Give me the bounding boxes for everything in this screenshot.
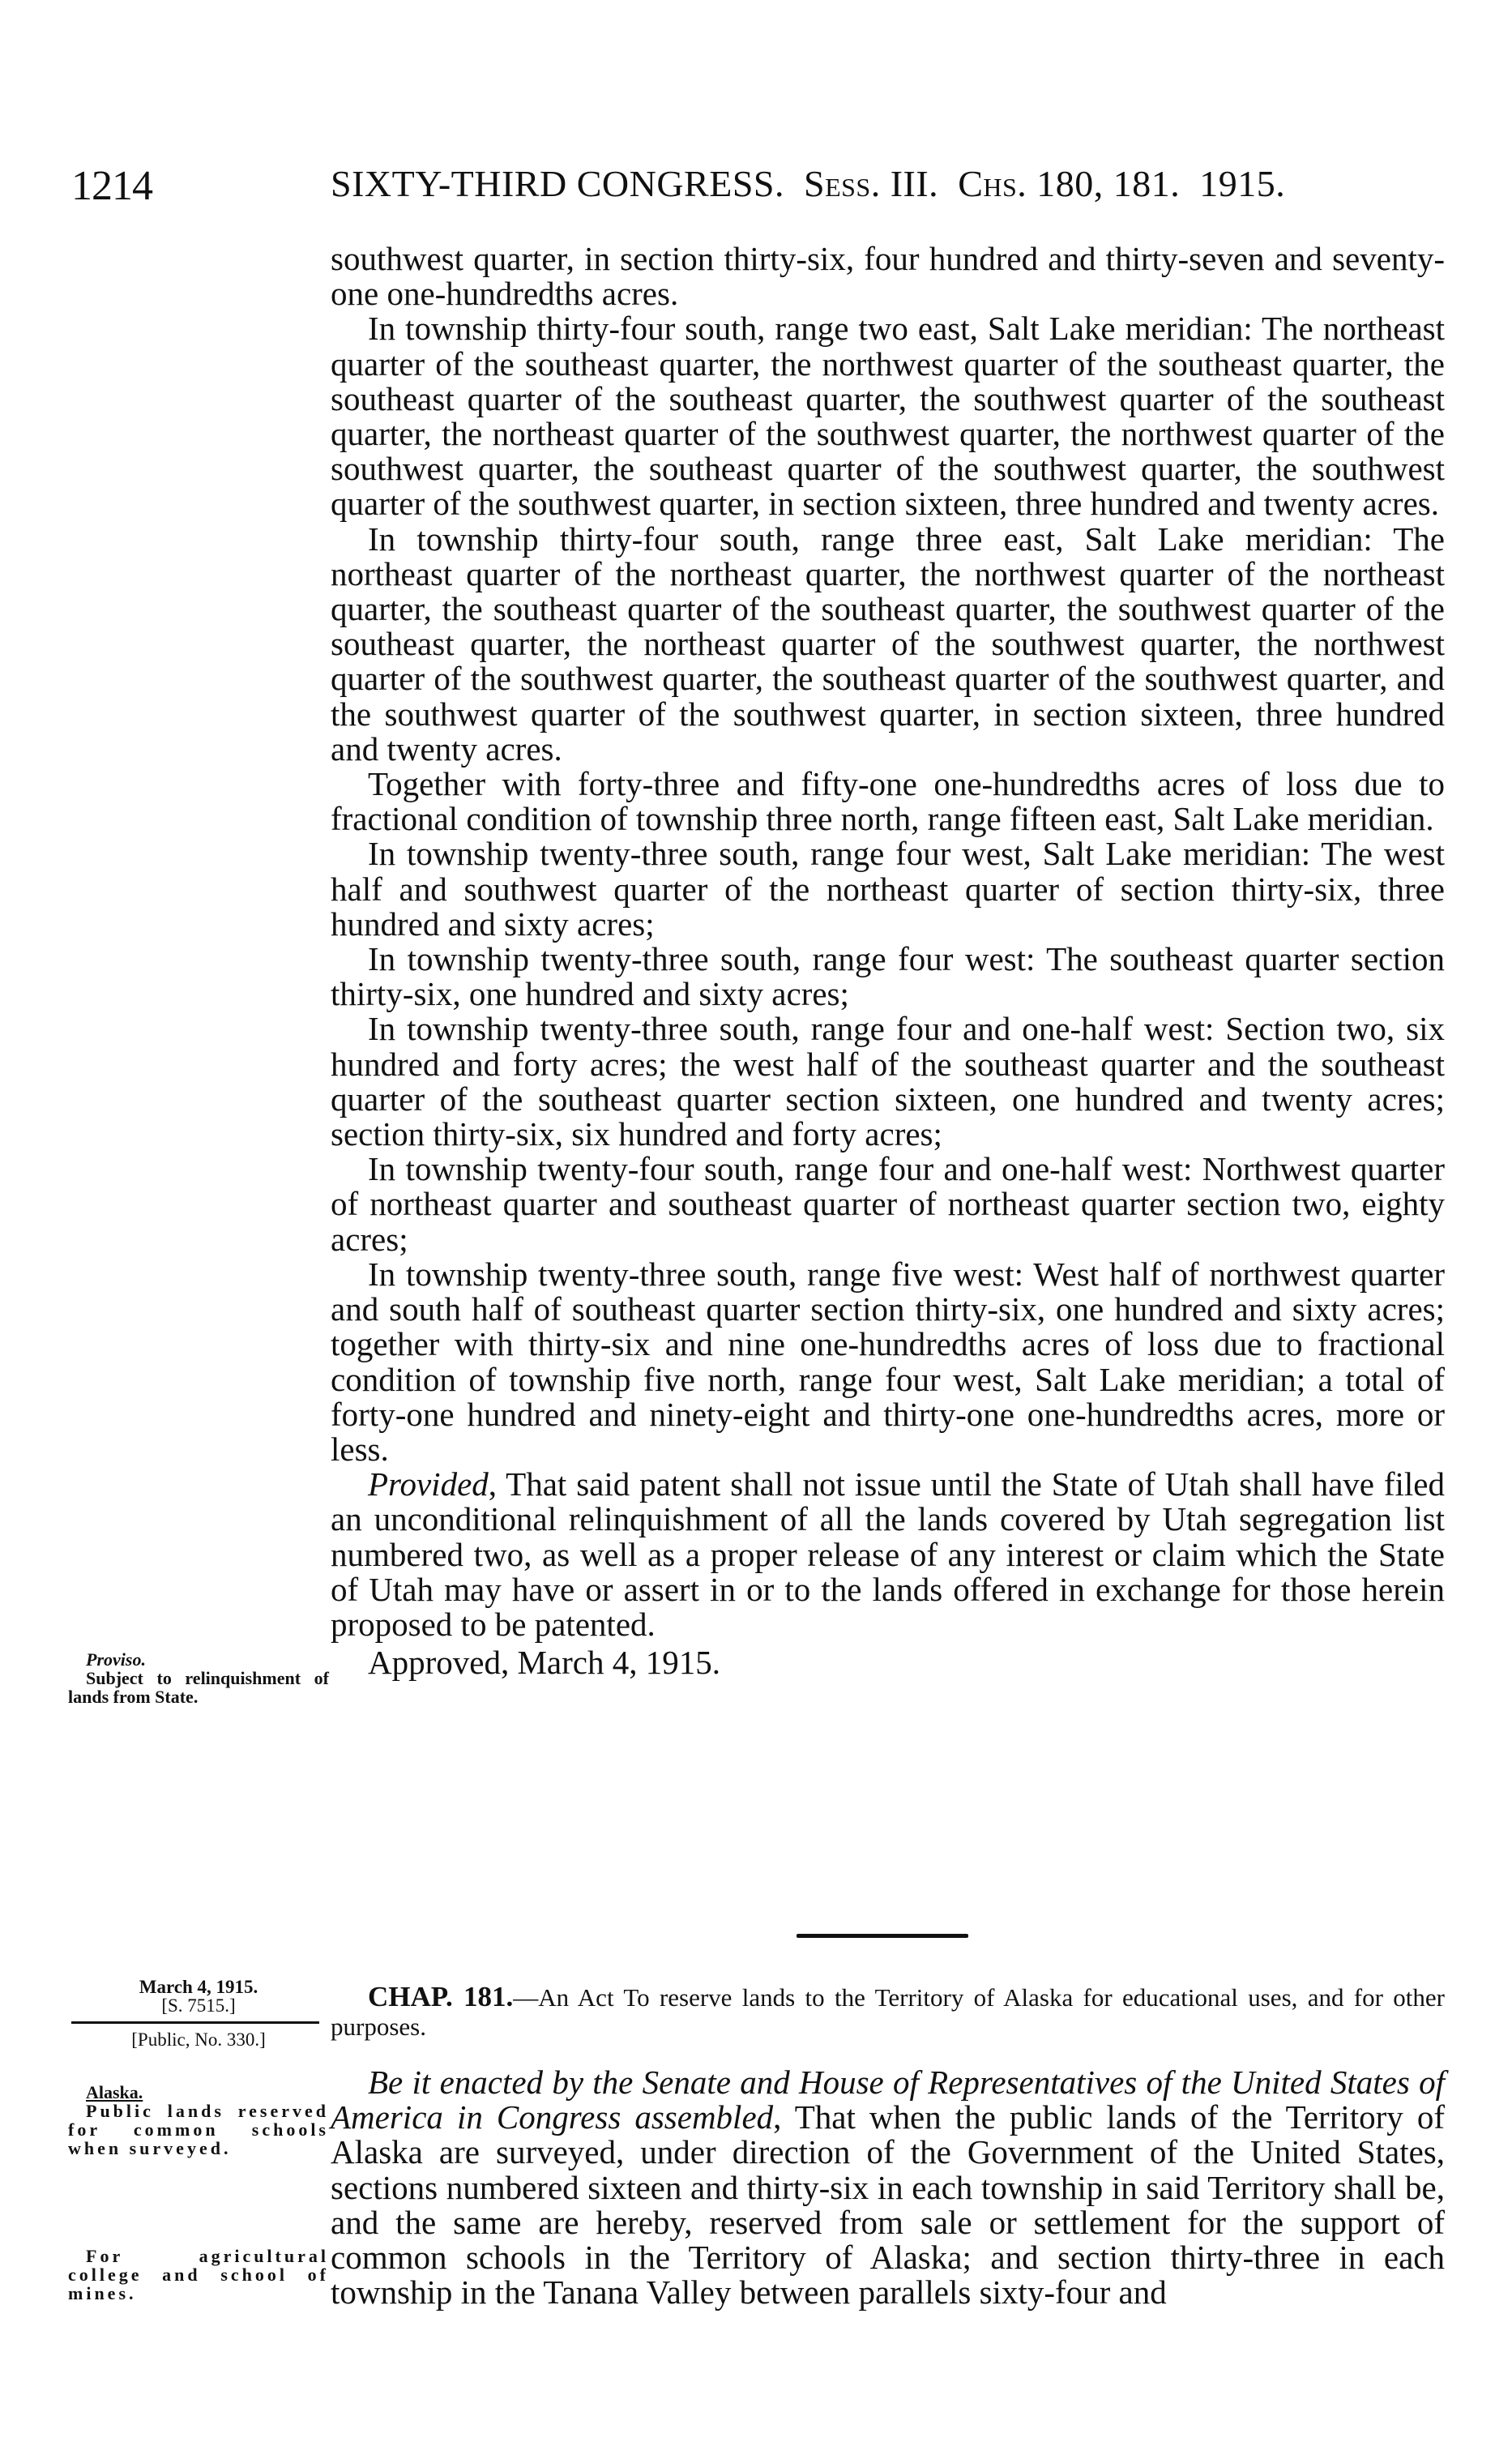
alaska-heading: Alaska. xyxy=(68,2083,329,2102)
paragraph-township-34s-3e: In township thirty-four south, range thr… xyxy=(331,522,1445,767)
proviso-heading: Proviso. xyxy=(68,1650,329,1669)
proviso-margin-note: Subject to relinquishment of lands from … xyxy=(68,1669,329,1706)
chapter-181-sidenote: March 4, 1915. [S. 7515.] [Public, No. 3… xyxy=(68,1978,329,2049)
paragraph-continuation: southwest quarter, in section thirty-six… xyxy=(331,242,1445,311)
session-label: Sess. xyxy=(804,163,881,204)
year: 1915. xyxy=(1199,163,1285,204)
paragraph-township-23s-4-5w: In township twenty-three south, range fo… xyxy=(331,1011,1445,1152)
chapter-label: CHAP. 181. xyxy=(368,1981,513,2012)
proviso-paragraph: Provided, That said patent shall not iss… xyxy=(331,1467,1445,1642)
enactment-date: March 4, 1915. xyxy=(68,1978,329,1996)
sidenote-rule xyxy=(71,2021,319,2024)
agricultural-college-note: For agricultural college and school of m… xyxy=(68,2247,329,2303)
proviso-lead: Provided xyxy=(368,1465,489,1503)
paragraph-township-23s-5w: In township twenty-three south, range fi… xyxy=(331,1257,1445,1467)
paragraph-township-34s-2e: In township thirty-four south, range two… xyxy=(331,311,1445,521)
paragraph-township-23s-4w-meridian: In township twenty-three south, range fo… xyxy=(331,836,1445,942)
public-lands-note: Public lands reserved for common schools… xyxy=(68,2102,329,2158)
running-head-title: SIXTY-THIRD CONGRESS. Sess. III. Chs. 18… xyxy=(331,162,1285,205)
approved-line: Approved, March 4, 1915. xyxy=(331,1645,1445,1680)
proviso-text: , That said patent shall not issue until… xyxy=(331,1465,1445,1643)
chapter-181-title: CHAP. 181.—An Act To reserve lands to th… xyxy=(331,1982,1445,2042)
chapter-180-body: southwest quarter, in section thirty-six… xyxy=(331,242,1445,1680)
paragraph-fractional-loss: Together with forty-three and fifty-one … xyxy=(331,767,1445,836)
margin-note-proviso: Proviso. Subject to relinquishment of la… xyxy=(68,1650,329,1706)
paragraph-township-24s-4-5w: In township twenty-four south, range fou… xyxy=(331,1152,1445,1257)
statute-page: 1214 SIXTY-THIRD CONGRESS. Sess. III. Ch… xyxy=(0,0,1512,2442)
paragraph-township-23s-4w: In township twenty-three south, range fo… xyxy=(331,942,1445,1011)
session-number: III. xyxy=(891,163,938,204)
chapters-numbers: 180, 181. xyxy=(1036,163,1180,204)
senate-bill-number: [S. 7515.] xyxy=(68,1996,329,2015)
running-header: 1214 SIXTY-THIRD CONGRESS. Sess. III. Ch… xyxy=(71,162,1449,211)
chapters-label: Chs. xyxy=(958,163,1027,204)
congress-label: SIXTY-THIRD CONGRESS. xyxy=(331,163,784,204)
enacting-paragraph: Be it enacted by the Senate and House of… xyxy=(331,2065,1445,2310)
chapter-181-body: Be it enacted by the Senate and House of… xyxy=(331,2065,1445,2310)
public-law-number: [Public, No. 330.] xyxy=(68,2030,329,2049)
margin-note-agricultural: For agricultural college and school of m… xyxy=(68,2247,329,2303)
chapter-separator-rule xyxy=(797,1934,968,1938)
margin-note-alaska: Alaska. Public lands reserved for common… xyxy=(68,2083,329,2158)
page-number: 1214 xyxy=(71,162,152,210)
chapter-title-paragraph: CHAP. 181.—An Act To reserve lands to th… xyxy=(331,1982,1445,2042)
